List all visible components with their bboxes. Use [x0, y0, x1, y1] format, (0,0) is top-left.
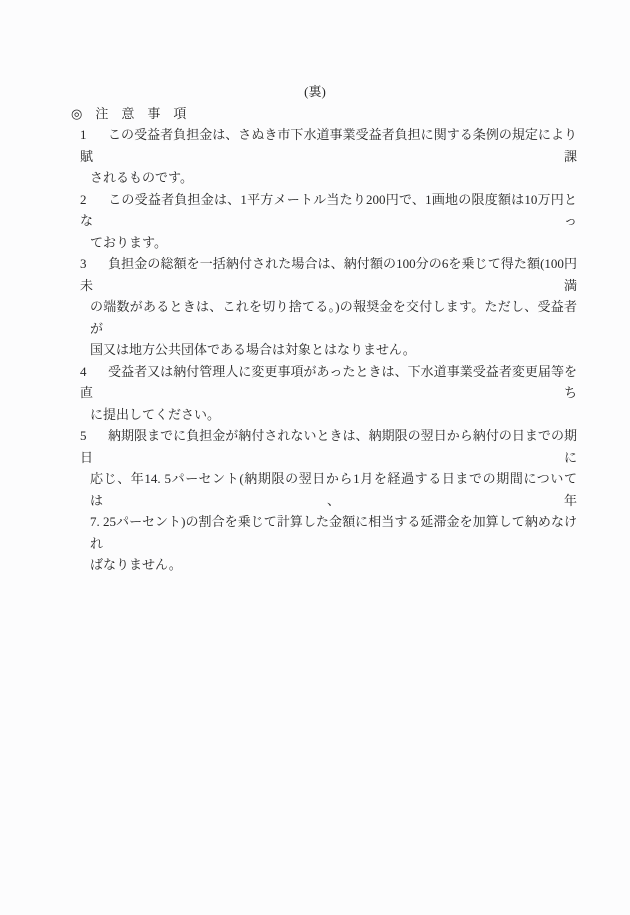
note-line: されるものです。	[90, 167, 577, 189]
note-line: 応じ、年14. 5パーセント(納期限の翌日から1月を経過する日までの期間について…	[90, 468, 577, 511]
note-line: 4受益者又は納付管理人に変更事項があったときは、下水道事業受益者変更届等を直ち	[80, 361, 577, 404]
note-text: 負担金の総額を一括納付された場合は、納付額の100分の6を乗じて得た額(100円…	[80, 256, 577, 293]
note-number: 2	[80, 189, 108, 211]
note-line: 3負担金の総額を一括納付された場合は、納付額の100分の6を乗じて得た額(100…	[80, 253, 577, 296]
note-line: ております。	[90, 232, 577, 254]
note-line: ばなりません。	[90, 554, 577, 576]
notes-section: ◎ 注 意 事 項 1この受益者負担金は、さぬき市下水道事業受益者負担に関する条…	[80, 103, 577, 576]
note-item-2: 2この受益者負担金は、1平方メートル当たり200円で、1画地の限度額は10万円と…	[80, 189, 577, 254]
note-line: の端数があるときは、これを切り捨てる。)の報奨金を交付します。ただし、受益者が	[90, 296, 577, 339]
note-number: 1	[80, 124, 108, 146]
note-text: 受益者又は納付管理人に変更事項があったときは、下水道事業受益者変更届等を直ち	[80, 364, 577, 401]
note-item-3: 3負担金の総額を一括納付された場合は、納付額の100分の6を乗じて得た額(100…	[80, 253, 577, 361]
note-text: 納期限までに負担金が納付されないときは、納期限の翌日から納付の日までの期日に	[80, 428, 577, 465]
note-line: 5納期限までに負担金が納付されないときは、納期限の翌日から納付の日までの期日に	[80, 425, 577, 468]
note-line: 7. 25パーセント)の割合を乗じて計算した金額に相当する延滞金を加算して納めな…	[90, 511, 577, 554]
note-number: 3	[80, 253, 108, 275]
note-item-4: 4受益者又は納付管理人に変更事項があったときは、下水道事業受益者変更届等を直ち …	[80, 361, 577, 426]
note-line: 国又は地方公共団体である場合は対象とはなりません。	[90, 339, 577, 361]
note-number: 4	[80, 361, 108, 383]
note-text: この受益者負担金は、1平方メートル当たり200円で、1画地の限度額は10万円とな…	[80, 192, 577, 229]
note-item-1: 1この受益者負担金は、さぬき市下水道事業受益者負担に関する条例の規定により賦課 …	[80, 124, 577, 189]
document-page: (裏) ◎ 注 意 事 項 1この受益者負担金は、さぬき市下水道事業受益者負担に…	[0, 0, 630, 915]
page-side-label: (裏)	[0, 81, 630, 103]
note-line: 2この受益者負担金は、1平方メートル当たり200円で、1画地の限度額は10万円と…	[80, 189, 577, 232]
note-line: に提出してください。	[90, 404, 577, 426]
note-item-5: 5納期限までに負担金が納付されないときは、納期限の翌日から納付の日までの期日に …	[80, 425, 577, 576]
note-text: この受益者負担金は、さぬき市下水道事業受益者負担に関する条例の規定により賦課	[80, 127, 577, 164]
note-line: 1この受益者負担金は、さぬき市下水道事業受益者負担に関する条例の規定により賦課	[80, 124, 577, 167]
note-number: 5	[80, 425, 108, 447]
notes-heading: ◎ 注 意 事 項	[71, 103, 577, 125]
